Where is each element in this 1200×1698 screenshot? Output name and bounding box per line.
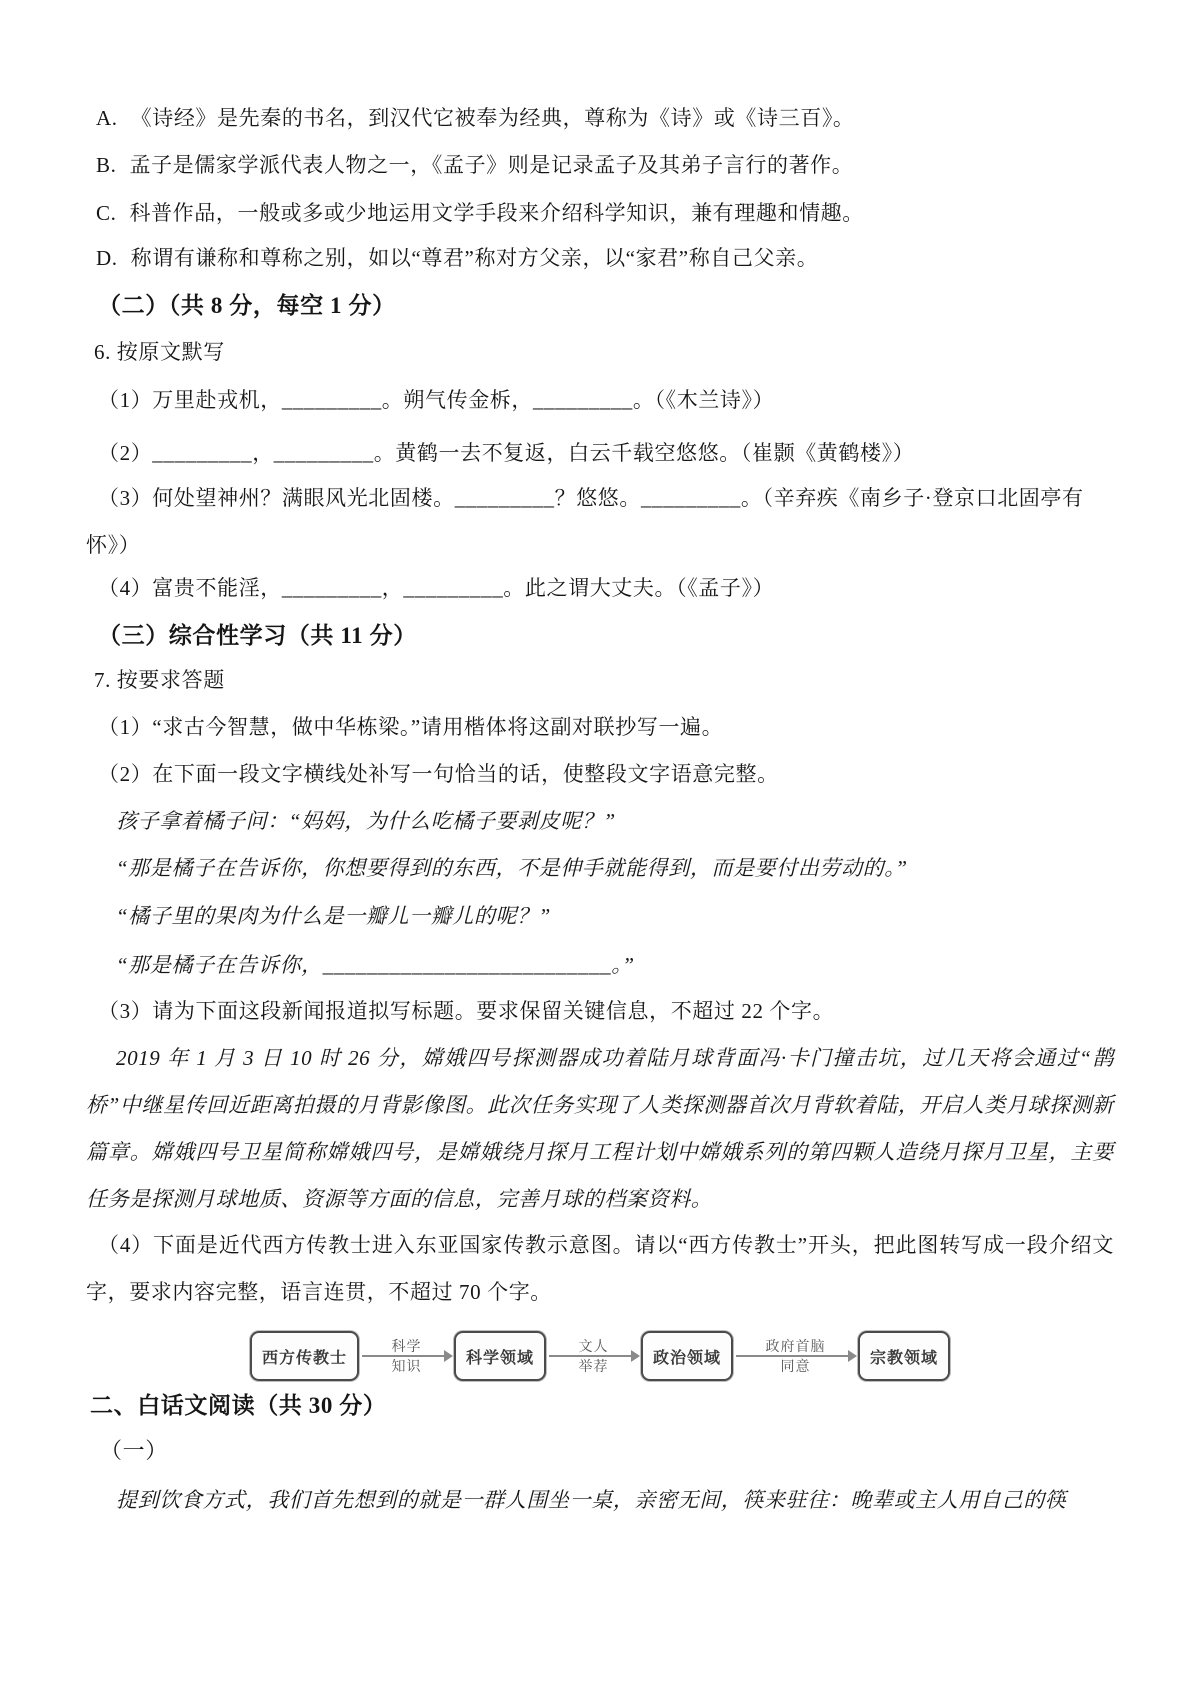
section-heading-dictation: （二）（共 8 分，每空 1 分） <box>86 282 1114 329</box>
option-b: B.孟子是儒家学派代表人物之一，《孟子》则是记录孟子及其弟子言行的著作。 <box>86 142 1114 189</box>
option-b-text: 孟子是儒家学派代表人物之一，《孟子》则是记录孟子及其弟子言行的著作。 <box>129 153 853 177</box>
diagram-box-missionary: 西方传教士 <box>250 1331 359 1381</box>
right-arrow-icon <box>736 1355 855 1357</box>
reading-part-marker: （一） <box>86 1427 1114 1474</box>
section-heading-comprehensive-study: （三）综合性学习（共 11 分） <box>86 612 1114 659</box>
reading-passage-opening: 提到饮食方式，我们首先想到的就是一群人围坐一桌，亲密无间，筷来驻往：晚辈或主人用… <box>86 1477 1114 1524</box>
question-6-item-4: （4）富贵不能淫，_________，_________。此之谓大丈夫。（《孟子… <box>86 565 1114 612</box>
dialogue-line-1: 孩子拿着橘子问：“妈妈，为什么吃橘子要剥皮呢？” <box>86 798 1114 845</box>
diagram-arrow-2: 文人 举荐 <box>549 1338 638 1374</box>
diagram-box-religion-field: 宗教领域 <box>858 1331 950 1381</box>
diagram-arrow-1: 科学 知识 <box>362 1338 451 1374</box>
question-6-item-1: （1）万里赴戎机，_________。朔气传金柝，_________。（《木兰诗… <box>86 377 1114 424</box>
right-arrow-icon <box>549 1355 638 1357</box>
dialogue-line-3: “橘子里的果肉为什么是一瓣儿一瓣儿的呢？” <box>86 893 1114 940</box>
question-7-item-2: （2）在下面一段文字横线处补写一句恰当的话，使整段文字语意完整。 <box>86 751 1114 798</box>
question-6-item-2: （2）_________，_________。黄鹤一去不复返，白云千载空悠悠。（… <box>86 430 1114 477</box>
option-c: C.科普作品，一般或多或少地运用文学手段来介绍科学知识，兼有理趣和情趣。 <box>86 190 1114 237</box>
missionary-flow-diagram: 西方传教士 科学 知识 科学领域 文人 举荐 政治领域 政府首脑 同意 宗教领域 <box>250 1328 950 1384</box>
option-a-label: A. <box>96 106 118 130</box>
diagram-arrow-3: 政府首脑 同意 <box>736 1338 855 1374</box>
arrow-1-bottom-label: 知识 <box>392 1358 422 1374</box>
question-6-stem: 6. 按原文默写 <box>86 329 1114 376</box>
section-heading-vernacular-reading: 二、白话文阅读（共 30 分） <box>86 1382 1114 1429</box>
option-b-label: B. <box>96 153 116 177</box>
dialogue-line-2: “那是橘子在告诉你，你想要得到的东西，不是伸手就能得到，而是要付出劳动的。” <box>86 845 1114 892</box>
exam-paper-page: A.《诗经》是先秦的书名，到汉代它被奉为经典，尊称为《诗》或《诗三百》。 B.孟… <box>0 0 1200 1698</box>
news-passage: 2019 年 1 月 3 日 10 时 26 分，嫦娥四号探测器成功着陆月球背面… <box>86 1035 1114 1223</box>
question-6-item-3: （3）何处望神州？满眼风光北固楼。_________？悠悠。_________。… <box>86 475 1114 569</box>
question-7-stem: 7. 按要求答题 <box>86 657 1114 704</box>
arrow-3-top-label: 政府首脑 <box>766 1338 826 1354</box>
arrow-3-bottom-label: 同意 <box>781 1358 811 1374</box>
question-7-item-4: （4）下面是近代西方传教士进入东亚国家传教示意图。请以“西方传教士”开头，把此图… <box>86 1222 1114 1316</box>
arrow-2-bottom-label: 举荐 <box>579 1358 609 1374</box>
question-7-item-3: （3）请为下面这段新闻报道拟写标题。要求保留关键信息，不超过 22 个字。 <box>86 988 1114 1035</box>
diagram-box-politics-field: 政治领域 <box>641 1331 733 1381</box>
option-d: D.称谓有谦称和尊称之别，如以“尊君”称对方父亲，以“家君”称自己父亲。 <box>86 235 1114 282</box>
option-a-text: 《诗经》是先秦的书名，到汉代它被奉为经典，尊称为《诗》或《诗三百》。 <box>131 106 855 130</box>
option-a: A.《诗经》是先秦的书名，到汉代它被奉为经典，尊称为《诗》或《诗三百》。 <box>86 95 1114 142</box>
arrow-2-top-label: 文人 <box>579 1338 609 1354</box>
dialogue-line-4: “那是橘子在告诉你，__________________________。” <box>86 942 1114 989</box>
right-arrow-icon <box>362 1355 451 1357</box>
question-7-item-1: （1）“求古今智慧，做中华栋梁。”请用楷体将这副对联抄写一遍。 <box>86 704 1114 751</box>
diagram-box-science-field: 科学领域 <box>454 1331 546 1381</box>
option-d-text: 称谓有谦称和尊称之别，如以“尊君”称对方父亲，以“家君”称自己父亲。 <box>131 246 819 270</box>
option-d-label: D. <box>96 246 118 270</box>
arrow-1-top-label: 科学 <box>392 1338 422 1354</box>
option-c-label: C. <box>96 201 116 225</box>
option-c-text: 科普作品，一般或多或少地运用文学手段来介绍科学知识，兼有理趣和情趣。 <box>129 201 863 225</box>
